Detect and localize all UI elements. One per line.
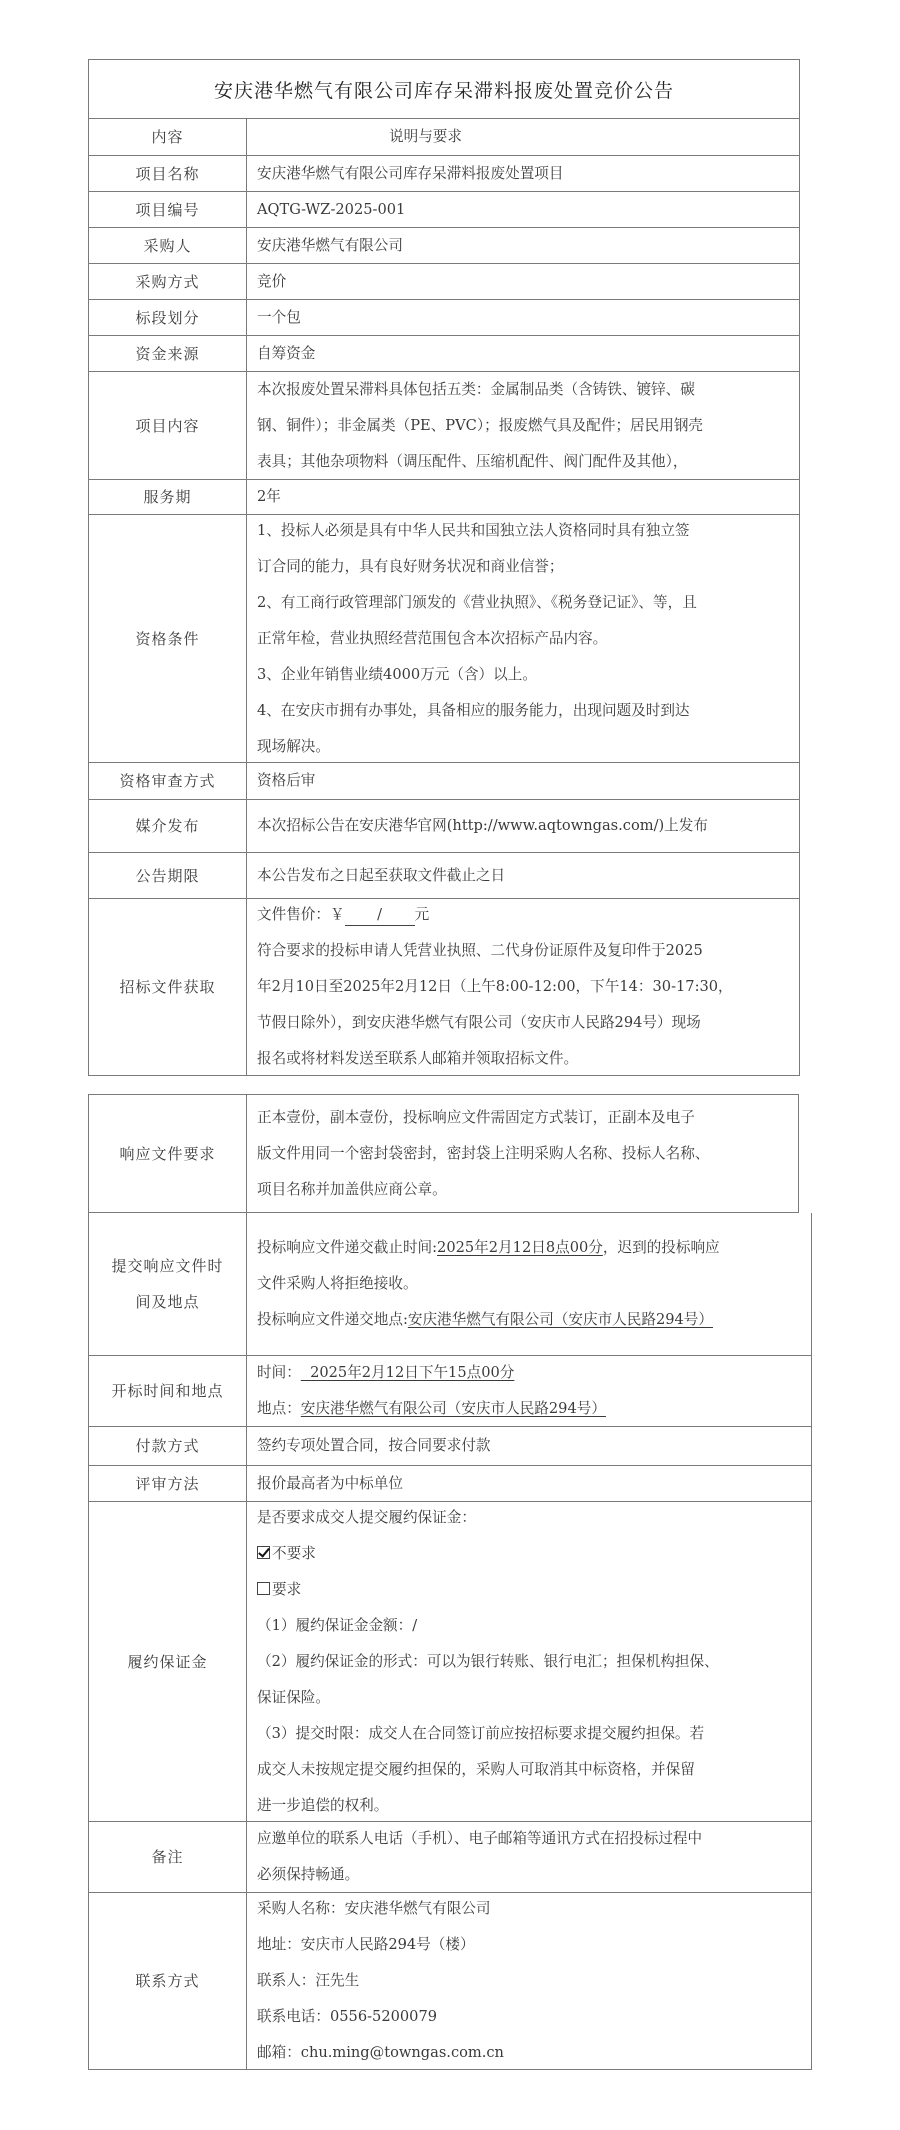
label-response-req: 响应文件要求	[89, 1095, 247, 1212]
option-required[interactable]: 要求	[257, 1572, 803, 1608]
contact-email: 邮箱：chu.ming@towngas.com.cn	[257, 2035, 803, 2071]
label-remarks: 备注	[89, 1822, 247, 1892]
title-row: 安庆港华燃气有限公司库存呆滞料报废处置竞价公告	[88, 59, 800, 119]
value-content: 本次报废处置呆滞料具体包括五类：金属制品类（含铸铁、镀锌、碳 钢、铜件）；非金属…	[247, 372, 799, 479]
value-project-name: 安庆港华燃气有限公司库存呆滞料报废处置项目	[247, 156, 799, 191]
row-period: 公告期限 本公告发布之日起至获取文件截止之日	[88, 853, 800, 899]
value-funding: 自筹资金	[247, 336, 799, 371]
opening-time: 2025年2月12日下午15点00分	[301, 1364, 515, 1381]
value-bond: 是否要求成交人提交履约保证金： 不要求 要求 （1）履约保证金金额：/ （2）履…	[247, 1502, 811, 1821]
value-response-req: 正本壹份，副本壹份，投标响应文件需固定方式装订，正副本及电子 版文件用同一个密封…	[247, 1095, 798, 1212]
label-evaluation: 评审方法	[89, 1466, 247, 1501]
value-doc-obtain: 文件售价：￥/元 符合要求的投标申请人凭营业执照、二代身份证原件及复印件于202…	[247, 899, 799, 1075]
value-media: 本次招标公告在安庆港华官网(http://www.aqtowngas.com/)…	[247, 800, 799, 852]
row-response-req: 响应文件要求 正本壹份，副本壹份，投标响应文件需固定方式装订，正副本及电子 版文…	[88, 1094, 799, 1213]
label-opening: 开标时间和地点	[89, 1356, 247, 1426]
checkbox-empty-icon[interactable]	[257, 1582, 270, 1595]
opening-place: 安庆港华燃气有限公司（安庆市人民路294号）	[301, 1400, 606, 1417]
checkbox-checked-icon[interactable]	[257, 1546, 270, 1559]
row-lots: 标段划分 一个包	[88, 300, 800, 336]
row-method: 采购方式 竞价	[88, 264, 800, 300]
label-submission: 提交响应文件时 间及地点	[89, 1213, 247, 1355]
value-qualification: 1、投标人必须是具有中华人民共和国独立法人资格同时具有独立签 订合同的能力，具有…	[247, 515, 799, 762]
value-evaluation: 报价最高者为中标单位	[247, 1466, 811, 1501]
value-service-period: 2年	[247, 480, 799, 514]
row-contact: 联系方式 采购人名称：安庆港华燃气有限公司 地址：安庆市人民路294号（楼） 联…	[88, 1893, 812, 2070]
label-doc-obtain: 招标文件获取	[89, 899, 247, 1075]
label-qualification: 资格条件	[89, 515, 247, 762]
label-media: 媒介发布	[89, 800, 247, 852]
value-remarks: 应邀单位的联系人电话（手机）、电子邮箱等通讯方式在招投标过程中 必须保持畅通。	[247, 1822, 811, 1892]
contact-phone: 联系电话：0556-5200079	[257, 1999, 803, 2035]
label-content: 项目内容	[89, 372, 247, 479]
value-opening: 时间： 2025年2月12日下午15点00分 地点：安庆港华燃气有限公司（安庆市…	[247, 1356, 811, 1426]
row-project-no: 项目编号 AQTG-WZ-2025-001	[88, 192, 800, 228]
contact-purchaser: 采购人名称：安庆港华燃气有限公司	[257, 1891, 803, 1927]
row-bond: 履约保证金 是否要求成交人提交履约保证金： 不要求 要求 （1）履约保证金金额：…	[88, 1502, 812, 1822]
row-evaluation: 评审方法 报价最高者为中标单位	[88, 1466, 812, 1502]
row-project-name: 项目名称 安庆港华燃气有限公司库存呆滞料报废处置项目	[88, 156, 800, 192]
option-not-required[interactable]: 不要求	[257, 1536, 803, 1572]
label-service-period: 服务期	[89, 480, 247, 514]
value-lots: 一个包	[247, 300, 799, 335]
row-content: 项目内容 本次报废处置呆滞料具体包括五类：金属制品类（含铸铁、镀锌、碳 钢、铜件…	[88, 372, 800, 480]
contact-person: 联系人：汪先生	[257, 1963, 803, 1999]
label-contact: 联系方式	[89, 1893, 247, 2069]
value-contact: 采购人名称：安庆港华燃气有限公司 地址：安庆市人民路294号（楼） 联系人：汪先…	[247, 1893, 811, 2069]
label-method: 采购方式	[89, 264, 247, 299]
value-project-no: AQTG-WZ-2025-001	[247, 192, 799, 227]
submission-deadline: 2025年2月12日8点00分	[437, 1239, 603, 1256]
row-remarks: 备注 应邀单位的联系人电话（手机）、电子邮箱等通讯方式在招投标过程中 必须保持畅…	[88, 1822, 812, 1893]
row-service-period: 服务期 2年	[88, 480, 800, 515]
label-payment: 付款方式	[89, 1427, 247, 1465]
value-submission: 投标响应文件递交截止时间:2025年2月12日8点00分，迟到的投标响应 文件采…	[247, 1213, 811, 1355]
value-purchaser: 安庆港华燃气有限公司	[247, 228, 799, 263]
doc-price: 文件售价：￥/元	[257, 897, 791, 933]
value-payment: 签约专项处置合同，按合同要求付款	[247, 1427, 811, 1465]
contact-address: 地址：安庆市人民路294号（楼）	[257, 1927, 803, 1963]
row-submission: 提交响应文件时 间及地点 投标响应文件递交截止时间:2025年2月12日8点00…	[88, 1213, 812, 1356]
label-period: 公告期限	[89, 853, 247, 898]
label-bond: 履约保证金	[89, 1502, 247, 1821]
header-content: 内容	[89, 119, 247, 155]
value-review: 资格后审	[247, 763, 799, 799]
value-period: 本公告发布之日起至获取文件截止之日	[247, 853, 799, 898]
row-review: 资格审查方式 资格后审	[88, 763, 800, 800]
row-media: 媒介发布 本次招标公告在安庆港华官网(http://www.aqtowngas.…	[88, 800, 800, 853]
row-opening: 开标时间和地点 时间： 2025年2月12日下午15点00分 地点：安庆港华燃气…	[88, 1356, 812, 1427]
label-purchaser: 采购人	[89, 228, 247, 263]
label-lots: 标段划分	[89, 300, 247, 335]
header-row: 内容 说明与要求	[88, 119, 800, 156]
label-project-no: 项目编号	[89, 192, 247, 227]
label-review: 资格审查方式	[89, 763, 247, 799]
label-project-name: 项目名称	[89, 156, 247, 191]
row-purchaser: 采购人 安庆港华燃气有限公司	[88, 228, 800, 264]
submission-place: 安庆港华燃气有限公司（安庆市人民路294号）	[408, 1311, 713, 1328]
row-qualification: 资格条件 1、投标人必须是具有中华人民共和国独立法人资格同时具有独立签 订合同的…	[88, 515, 800, 763]
label-funding: 资金来源	[89, 336, 247, 371]
row-funding: 资金来源 自筹资金	[88, 336, 800, 372]
header-description: 说明与要求	[247, 119, 799, 155]
page-title: 安庆港华燃气有限公司库存呆滞料报废处置竞价公告	[214, 76, 674, 103]
value-method: 竞价	[247, 264, 799, 299]
row-doc-obtain: 招标文件获取 文件售价：￥/元 符合要求的投标申请人凭营业执照、二代身份证原件及…	[88, 899, 800, 1076]
row-payment: 付款方式 签约专项处置合同，按合同要求付款	[88, 1427, 812, 1466]
